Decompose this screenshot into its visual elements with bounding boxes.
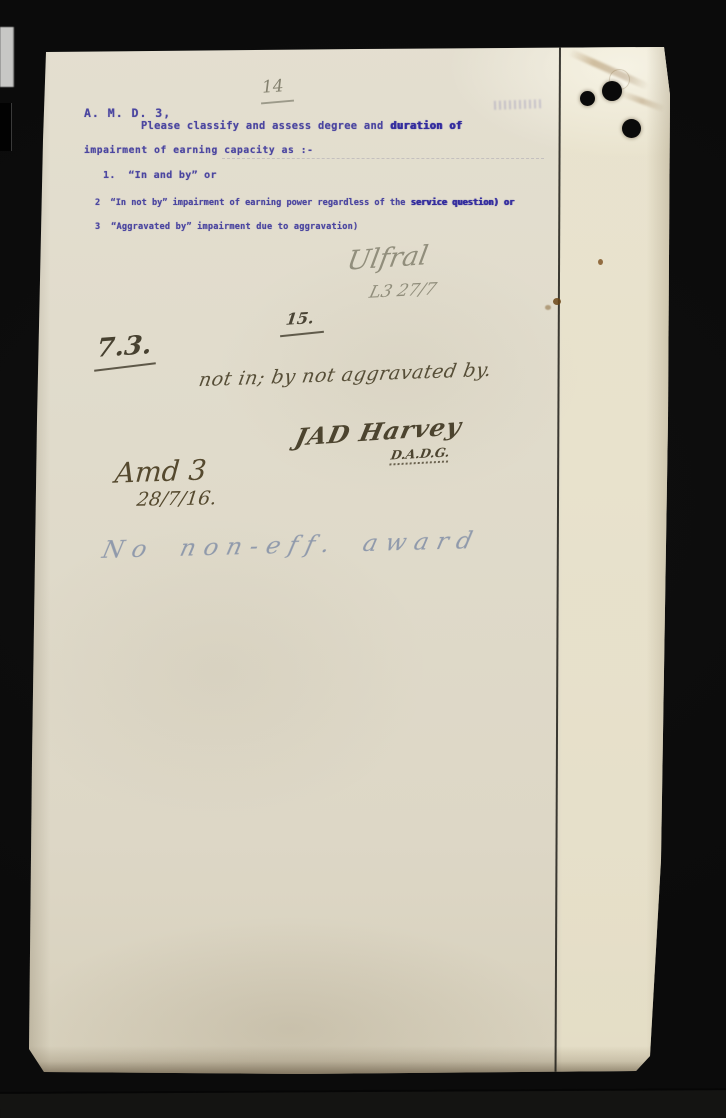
- item-number: 3: [95, 222, 100, 232]
- form-item-1: 1. “In and by” or: [103, 170, 217, 181]
- form-instruction-line-2: impairment of earning capacity as :-: [84, 145, 314, 156]
- underline-stroke: [280, 331, 324, 338]
- paper-bottom-grime: [28, 1046, 653, 1074]
- item-text: “In and by” or: [128, 170, 217, 181]
- underline-stroke: [94, 362, 156, 372]
- form-heading: A. M. D. 3,: [84, 106, 171, 120]
- item-overstruck-text: service question) or: [411, 198, 514, 208]
- paper-right-shadow: [640, 47, 672, 1073]
- rust-speck: [545, 305, 551, 310]
- item-number: 1.: [103, 170, 116, 181]
- item-text: “Aggravated by” impairment due to aggrav…: [111, 222, 358, 232]
- faint-ink-stamp-mark: [494, 99, 544, 110]
- background-mat-band: [0, 1088, 726, 1118]
- punch-hole: [622, 119, 641, 138]
- document-paper-sheet: 14 A. M. D. 3, Please classify and asses…: [0, 0, 726, 1118]
- punch-hole: [580, 91, 595, 106]
- decision-note-handwritten: not in; by not aggravated by.: [197, 359, 493, 391]
- form-item-3: 3 “Aggravated by” impairment due to aggr…: [95, 222, 358, 232]
- underline-stroke: [261, 100, 294, 104]
- item-number: 2: [95, 198, 100, 208]
- blue-pencil-award-note: No non-eff. award: [100, 526, 483, 564]
- paper-left-shadow: [28, 50, 54, 1074]
- instruction-text: Please classify and assess degree and: [141, 120, 390, 132]
- vertical-ruled-line: [555, 47, 561, 1073]
- form-item-2: 2 “In not by” impairment of earning powe…: [95, 198, 514, 208]
- form-instruction-line-1: Please classify and assess degree and du…: [141, 120, 462, 132]
- rust-speck: [553, 298, 561, 305]
- pencil-initials-signature: Ulfral: [345, 240, 431, 276]
- page-number-pencil: 14: [261, 76, 284, 97]
- form-dotted-rule: [222, 158, 544, 159]
- item-text: “In not by” impairment of earning power …: [111, 198, 411, 208]
- file-reference: 7.3.: [96, 330, 153, 364]
- officer-title: D.A.D.G.: [389, 444, 451, 465]
- amd-date-handwritten: 28/7/16.: [136, 487, 218, 510]
- pencil-date: L3 27/7: [367, 279, 438, 302]
- punch-hole: [602, 81, 622, 101]
- instruction-overstruck-text: duration of: [390, 120, 462, 132]
- amd-reference-handwritten: Amd 3: [114, 453, 208, 489]
- photo-background: 14 A. M. D. 3, Please classify and asses…: [0, 0, 726, 1118]
- rust-speck: [598, 259, 603, 265]
- background-edge-light-patch: [0, 27, 14, 87]
- minute-number: 15.: [285, 308, 315, 328]
- background-edge-dark-patch: [0, 103, 12, 151]
